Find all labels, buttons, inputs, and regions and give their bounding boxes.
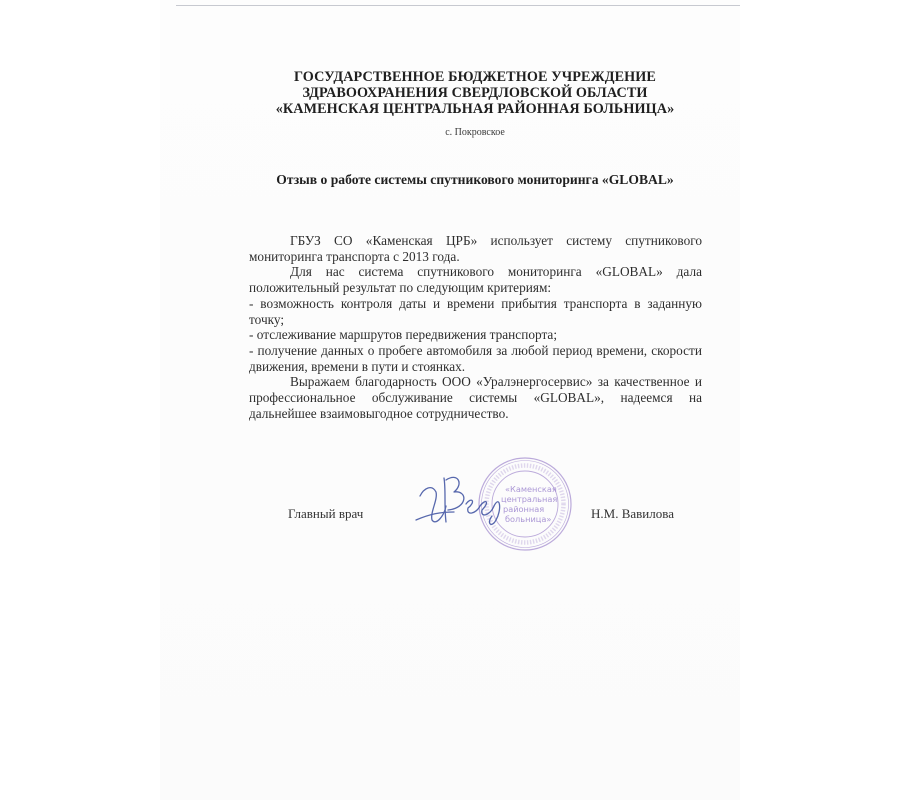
header-line-1: ГОСУДАРСТВЕННОЕ БЮДЖЕТНОЕ УЧРЕЖДЕНИЕ xyxy=(240,69,710,85)
document-title: Отзыв о работе системы спутникового мони… xyxy=(240,172,710,188)
stamp-line-4: больница» xyxy=(505,514,551,524)
handwritten-signature-icon xyxy=(410,466,510,532)
signatory-name: Н.М. Вавилова xyxy=(591,506,674,522)
document-body: ГБУЗ СО «Каменская ЦРБ» использует систе… xyxy=(249,233,702,421)
place-of-issue: с. Покровское xyxy=(240,127,710,138)
header-line-3: «КАМЕНСКАЯ ЦЕНТРАЛЬНАЯ РАЙОННАЯ БОЛЬНИЦА… xyxy=(240,101,710,117)
signatory-role: Главный врач xyxy=(288,506,363,522)
paragraph-gratitude: Выражаем благодарность ООО «Уралэнергосе… xyxy=(249,374,702,421)
page-top-edge-line xyxy=(176,5,740,6)
criteria-item-2: - отслеживание маршрутов передвижения тр… xyxy=(249,327,702,343)
paragraph-results: Для нас система спутникового мониторинга… xyxy=(249,264,702,295)
organization-header: ГОСУДАРСТВЕННОЕ БЮДЖЕТНОЕ УЧРЕЖДЕНИЕ ЗДР… xyxy=(240,69,710,117)
criteria-item-3: - получение данных о пробеге автомобиля … xyxy=(249,343,702,374)
stamp-line-1: «Каменская xyxy=(505,484,557,494)
criteria-item-1: - возможность контроля даты и времени пр… xyxy=(249,296,702,327)
header-line-2: ЗДРАВООХРАНЕНИЯ СВЕРДЛОВСКОЙ ОБЛАСТИ xyxy=(240,85,710,101)
paragraph-intro: ГБУЗ СО «Каменская ЦРБ» использует систе… xyxy=(249,233,702,264)
